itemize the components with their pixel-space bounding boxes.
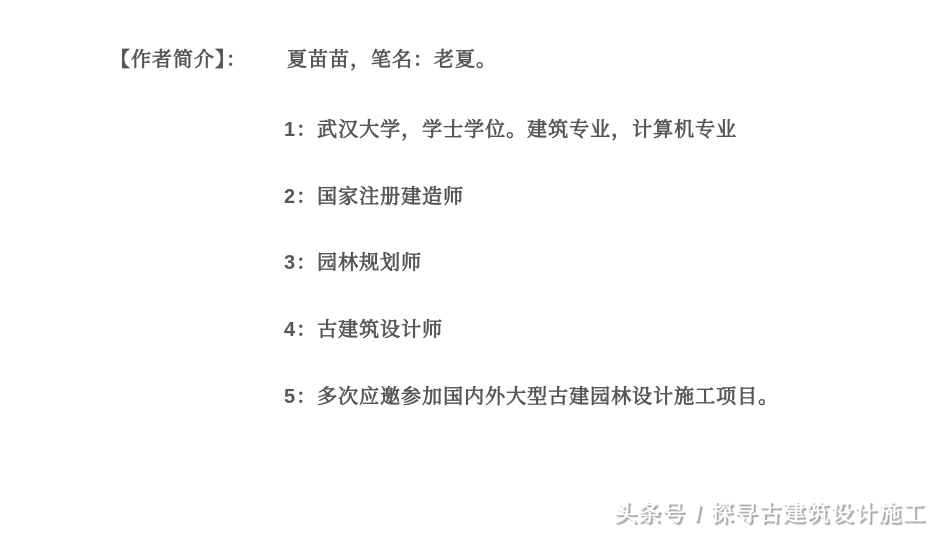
author-intro-label: 【作者简介】： xyxy=(110,43,247,72)
author-intro-page: 【作者简介】： 夏苗苗，笔名：老夏。 1：武汉大学，学士学位。建筑专业，计算机专… xyxy=(0,0,933,534)
credential-item-3: 3：园林规划师 xyxy=(284,246,422,275)
author-name: 夏苗苗，笔名：老夏。 xyxy=(287,43,497,72)
credential-item-2: 2：国家注册建造师 xyxy=(284,180,464,209)
credential-item-1: 1：武汉大学，学士学位。建筑专业，计算机专业 xyxy=(284,113,737,142)
credential-item-4: 4：古建筑设计师 xyxy=(284,313,443,342)
toutiao-watermark: 头条号 / 探寻古建筑设计施工 xyxy=(615,497,927,528)
credential-item-5: 5：多次应邀参加国内外大型古建园林设计施工项目。 xyxy=(284,380,779,409)
